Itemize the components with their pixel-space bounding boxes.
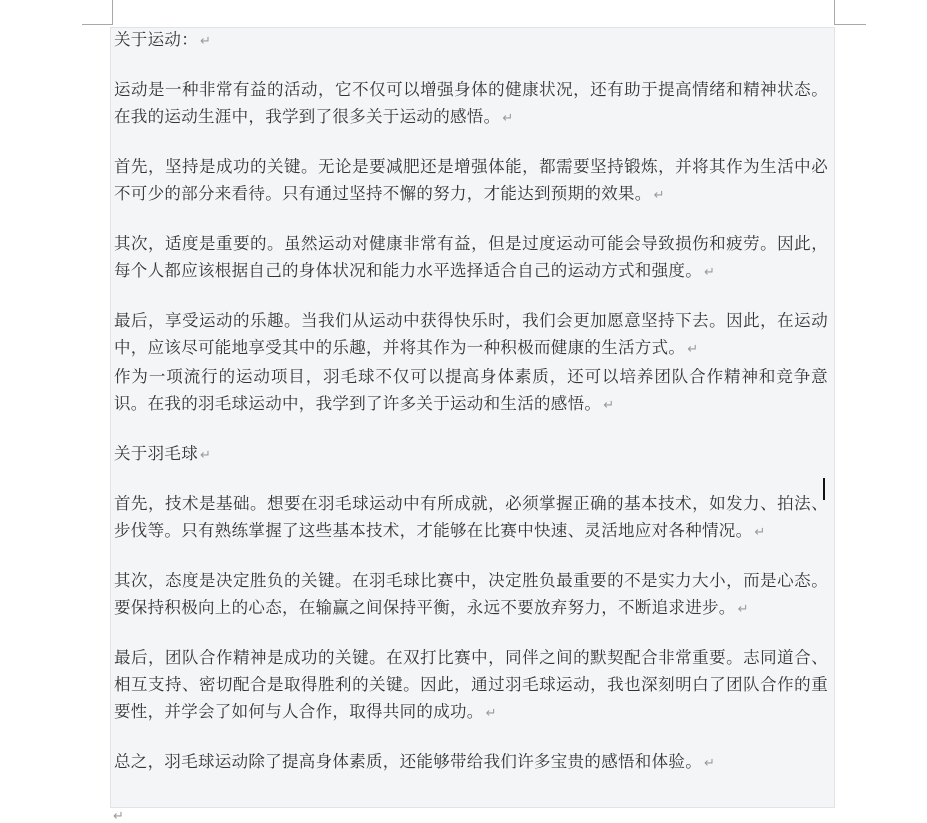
trailing-paragraph-mark-icon[interactable]: ↵ — [113, 809, 124, 823]
paragraph-mark-icon: ↵ — [502, 111, 513, 126]
paragraph-moderation[interactable]: 其次，适度是重要的。虽然运动对健康非常有益，但是过度运动可能会导致损伤和疲劳。因… — [114, 230, 828, 286]
paragraph-enjoyment[interactable]: 最后，享受运动的乐趣。当我们从运动中获得快乐时，我们会更加愿意坚持下去。因此，在… — [114, 307, 828, 363]
text-cursor — [823, 478, 825, 500]
paragraph-conclusion[interactable]: 总之，羽毛球运动除了提高身体素质，还能够带给我们许多宝贵的感悟和体验。↵ — [114, 748, 828, 777]
paragraph-teamwork[interactable]: 最后，团队合作精神是成功的关键。在双打比赛中，同伴之间的默契配合非常重要。志同道… — [114, 644, 828, 727]
paragraph-mark-icon: ↵ — [687, 342, 698, 357]
paragraph-mark-icon: ↵ — [200, 34, 211, 49]
document-body[interactable]: 关于运动：↵ 运动是一种非常有益的活动，它不仅可以增强身体的健康状况，还有助于提… — [114, 26, 828, 777]
paragraph-sports-intro[interactable]: 运动是一种非常有益的活动，它不仅可以增强身体的健康状况，还有助于提高情绪和精神状… — [114, 76, 828, 132]
paragraph-mark-icon: ↵ — [738, 602, 749, 617]
paragraph-mark-icon: ↵ — [704, 265, 715, 280]
paragraph-badminton-intro[interactable]: 作为一项流行的运动项目，羽毛球不仅可以提高身体素质，还可以培养团队合作精神和竞争… — [114, 363, 828, 419]
paragraph-mark-icon: ↵ — [704, 756, 715, 771]
paragraph-mark-icon: ↵ — [603, 398, 614, 413]
heading-about-badminton[interactable]: 关于羽毛球↵ — [114, 440, 828, 469]
paragraph-attitude[interactable]: 其次，态度是决定胜负的关键。在羽毛球比赛中，决定胜负最重要的不是实力大小，而是心… — [114, 567, 828, 623]
paragraph-mark-icon: ↵ — [754, 525, 765, 540]
top-right-crop-mark — [834, 0, 866, 25]
paragraph-mark-icon: ↵ — [200, 448, 211, 463]
heading-about-sports[interactable]: 关于运动：↵ — [114, 26, 828, 55]
top-left-crop-mark — [82, 0, 113, 25]
paragraph-technique[interactable]: 首先，技术是基础。想要在羽毛球运动中有所成就，必须掌握正确的基本技术，如发力、拍… — [114, 490, 828, 546]
paragraph-persistence[interactable]: 首先，坚持是成功的关键。无论是要减肥还是增强体能，都需要坚持锻炼，并将其作为生活… — [114, 153, 828, 209]
paragraph-mark-icon: ↵ — [486, 706, 497, 721]
paragraph-mark-icon: ↵ — [654, 188, 665, 203]
